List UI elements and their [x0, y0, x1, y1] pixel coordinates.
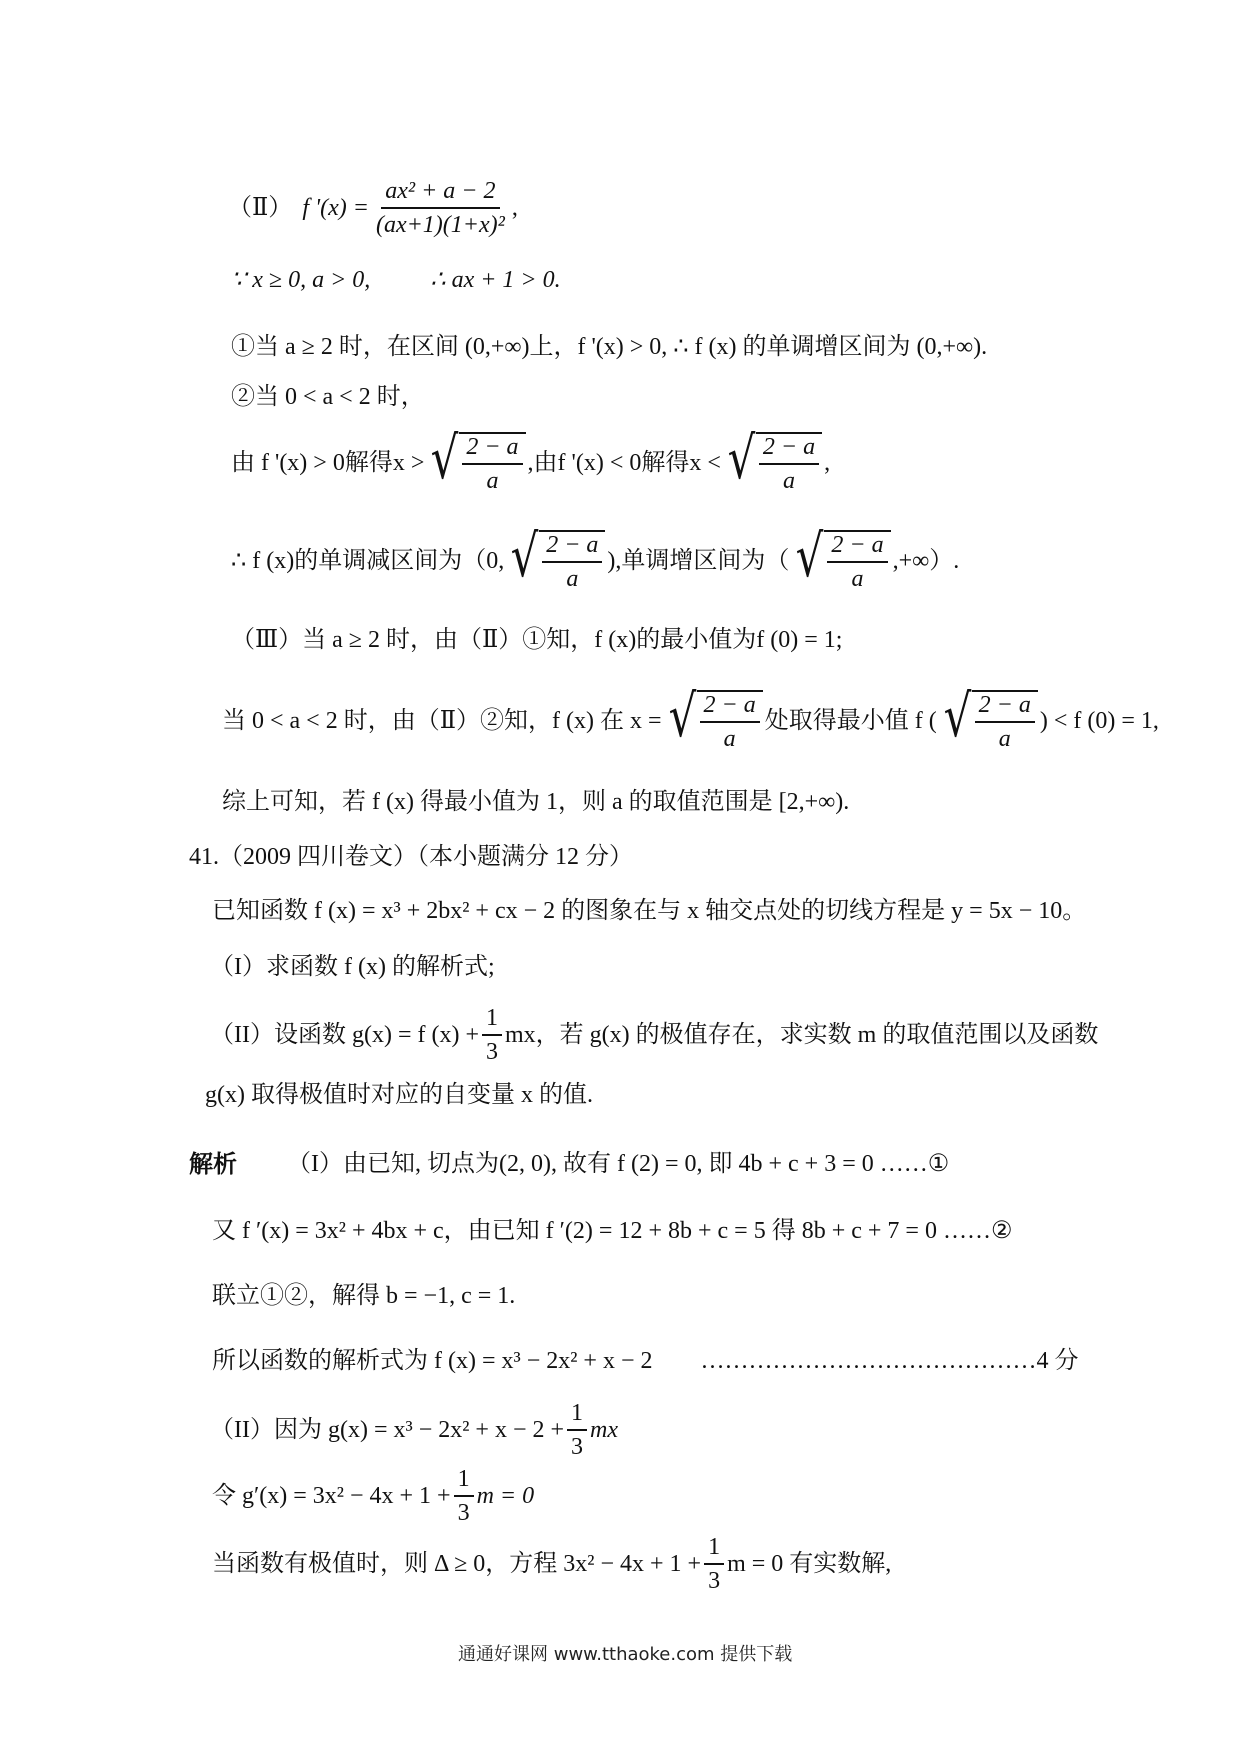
fraction-denominator: 3	[482, 1036, 502, 1065]
part3-text2b: 处取得最小值 f (	[765, 709, 937, 733]
problem41-statement: 已知函数 f (x) = x³ + 2bx² + cx − 2 的图象在与 x …	[212, 899, 1086, 923]
because-line: ∵ x ≥ 0, a > 0, ∴ ax + 1 > 0.	[231, 268, 561, 292]
solve-text-a: 由 f '(x) > 0解得x >	[231, 451, 424, 475]
intervals-line: ∴ f (x)的单调减区间为（0, √ 2 − aa ),单调增区间为（ √ 2…	[231, 530, 959, 593]
case1-text: ①当 a ≥ 2 时，在区间 (0,+∞)上，f '(x) > 0, ∴ f (…	[231, 335, 987, 359]
fraction-numerator: 1	[454, 1466, 474, 1497]
fraction-numerator: 1	[704, 1534, 724, 1565]
sqrt-expression: √ 2 − aa	[506, 530, 605, 593]
radicand-denominator: a	[779, 465, 799, 494]
problem41-statement-text: 已知函数 f (x) = x³ + 2bx² + cx − 2 的图象在与 x …	[212, 899, 1086, 923]
radicand-denominator: a	[562, 563, 582, 592]
radical-icon: √	[796, 530, 824, 593]
sqrt-expression: √ 2 − aa	[664, 690, 763, 753]
problem41-q2-text-a: （II）设函数 g(x) = f (x) +	[210, 1023, 479, 1047]
solution-step7: 当函数有极值时，则 Δ ≥ 0，方程 3x² − 4x + 1 + 1 3 m …	[212, 1534, 891, 1595]
solution-step4: 所以函数的解析式为 f (x) = x³ − 2x² + x − 2 ………………	[212, 1349, 1079, 1373]
comma: ,	[512, 196, 518, 220]
case1-line: ①当 a ≥ 2 时，在区间 (0,+∞)上，f '(x) > 0, ∴ f (…	[231, 335, 987, 359]
because-text: ∵ x ≥ 0, a > 0,	[231, 268, 370, 292]
problem41-q2-cont: g(x) 取得极值时对应的自变量 x 的值.	[205, 1083, 593, 1107]
solution-step6-text-b: m = 0	[477, 1484, 535, 1508]
radical-icon: √	[668, 690, 696, 753]
footer-text: 通通好课网 www.tthaoke.com 提供下载	[458, 1644, 792, 1665]
problem41-q2: （II）设函数 g(x) = f (x) + 1 3 mx，若 g(x) 的极值…	[210, 1005, 1098, 1066]
solution-step5-text-b: mx	[590, 1418, 618, 1442]
one-third-fraction: 1 3	[454, 1466, 474, 1527]
problem41-header-text: 41.（2009 四川卷文）（本小题满分 12 分）	[189, 845, 633, 869]
solution-step6-text-a: 令 g′(x) = 3x² − 4x + 1 +	[212, 1484, 451, 1508]
sqrt-expression: √ 2 − aa	[426, 432, 525, 495]
radicand-numerator: 2 − a	[975, 692, 1035, 723]
part2-derivative-line: （Ⅱ） f '(x) = ax² + a − 2 (ax+1)(1+x)² ,	[228, 178, 518, 239]
radicand-numerator: 2 − a	[700, 692, 760, 723]
radicand-numerator: 2 − a	[759, 434, 819, 465]
derivative-fraction: ax² + a − 2 (ax+1)(1+x)²	[372, 178, 509, 239]
derivative-denominator: (ax+1)(1+x)²	[372, 209, 509, 238]
solution-step6: 令 g′(x) = 3x² − 4x + 1 + 1 3 m = 0	[212, 1466, 534, 1527]
part3-text2c: ) < f (0) = 1,	[1040, 709, 1159, 733]
one-third-fraction: 1 3	[482, 1005, 502, 1066]
fraction-numerator: 1	[567, 1400, 587, 1431]
one-third-fraction: 1 3	[704, 1534, 724, 1595]
solution-step7-text-a: 当函数有极值时，则 Δ ≥ 0，方程 3x² − 4x + 1 +	[212, 1552, 701, 1576]
intervals-text-b: ),单调增区间为（	[607, 549, 789, 573]
case2-text: ②当 0 < a < 2 时，	[231, 385, 425, 409]
radical-icon: √	[431, 432, 459, 495]
conclusion-line: 综上可知，若 f (x) 得最小值为 1，则 a 的取值范围是 [2,+∞).	[222, 790, 849, 814]
solution-step1-text: （I）由已知, 切点为(2, 0), 故有 f (2) = 0, 即 4b + …	[287, 1152, 949, 1176]
part3-text2a: 当 0 < a < 2 时，由（Ⅱ）②知，f (x) 在 x =	[222, 709, 662, 733]
one-third-fraction: 1 3	[567, 1400, 587, 1461]
radical-icon: √	[728, 432, 756, 495]
solution-step5-text-a: （II）因为 g(x) = x³ − 2x² + x − 2 +	[210, 1418, 564, 1442]
part3-line1: （Ⅲ）当 a ≥ 2 时，由（Ⅱ）①知，f (x)的最小值为f (0) = 1;	[231, 628, 842, 652]
solution-step2-text: 又 f ′(x) = 3x² + 4bx + c，由已知 f ′(2) = 12…	[212, 1219, 1012, 1243]
sqrt-expression: √ 2 − aa	[723, 432, 822, 495]
derivative-numerator: ax² + a − 2	[381, 178, 499, 209]
solution-step4-text: 所以函数的解析式为 f (x) = x³ − 2x² + x − 2	[212, 1349, 653, 1373]
problem41-q1-text: （I）求函数 f (x) 的解析式;	[210, 955, 495, 979]
radicand-denominator: a	[720, 723, 740, 752]
comma: ,	[824, 451, 830, 475]
radicand-denominator: a	[847, 563, 867, 592]
problem41-header: 41.（2009 四川卷文）（本小题满分 12 分）	[189, 845, 633, 869]
derivative-lhs: f '(x) =	[302, 196, 369, 220]
sqrt-expression: √ 2 − aa	[939, 690, 1038, 753]
solution-step7-text-b: m = 0 有实数解,	[727, 1552, 891, 1576]
fraction-denominator: 3	[454, 1497, 474, 1526]
problem41-q2-text-c: g(x) 取得极值时对应的自变量 x 的值.	[205, 1083, 593, 1107]
radicand-denominator: a	[995, 723, 1015, 752]
conclusion-text: 综上可知，若 f (x) 得最小值为 1，则 a 的取值范围是 [2,+∞).	[222, 790, 849, 814]
solution-step2: 又 f ′(x) = 3x² + 4bx + c，由已知 f ′(2) = 12…	[212, 1219, 1012, 1243]
fraction-denominator: 3	[567, 1431, 587, 1460]
solution-label: 解析	[189, 1152, 237, 1176]
fraction-denominator: 3	[704, 1565, 724, 1594]
part3-line2: 当 0 < a < 2 时，由（Ⅱ）②知，f (x) 在 x = √ 2 − a…	[222, 690, 1159, 753]
solve-text-b: ,由f '(x) < 0解得x <	[528, 451, 721, 475]
intervals-text-c: ,+∞）.	[893, 549, 960, 573]
solution-step1: 解析 （I）由已知, 切点为(2, 0), 故有 f (2) = 0, 即 4b…	[189, 1152, 949, 1176]
problem41-q1: （I）求函数 f (x) 的解析式;	[210, 955, 495, 979]
solution-step3: 联立①②，解得 b = −1, c = 1.	[212, 1284, 515, 1308]
part3-text1: （Ⅲ）当 a ≥ 2 时，由（Ⅱ）①知，f (x)的最小值为f (0) = 1;	[231, 628, 842, 652]
radicand-numerator: 2 − a	[462, 434, 522, 465]
solution-step5: （II）因为 g(x) = x³ − 2x² + x − 2 + 1 3 mx	[210, 1400, 618, 1461]
radical-icon: √	[943, 690, 971, 753]
radicand-denominator: a	[482, 465, 502, 494]
sqrt-expression: √ 2 − aa	[791, 530, 890, 593]
radicand-numerator: 2 − a	[542, 532, 602, 563]
therefore-text: ∴ ax + 1 > 0.	[430, 268, 560, 292]
radicand-numerator: 2 − a	[827, 532, 887, 563]
solve-line: 由 f '(x) > 0解得x > √ 2 − aa ,由f '(x) < 0解…	[231, 432, 830, 495]
part2-label: （Ⅱ）	[228, 196, 292, 220]
score-marker: ……………………………………4 分	[701, 1349, 1079, 1373]
intervals-text-a: ∴ f (x)的单调减区间为（0,	[231, 549, 504, 573]
page-footer: 通通好课网 www.tthaoke.com 提供下载	[458, 1640, 792, 1666]
fraction-numerator: 1	[482, 1005, 502, 1036]
case2-line: ②当 0 < a < 2 时，	[231, 385, 425, 409]
solution-step3-text: 联立①②，解得 b = −1, c = 1.	[212, 1284, 515, 1308]
radical-icon: √	[511, 530, 539, 593]
problem41-q2-text-b: mx，若 g(x) 的极值存在，求实数 m 的取值范围以及函数	[505, 1023, 1098, 1047]
